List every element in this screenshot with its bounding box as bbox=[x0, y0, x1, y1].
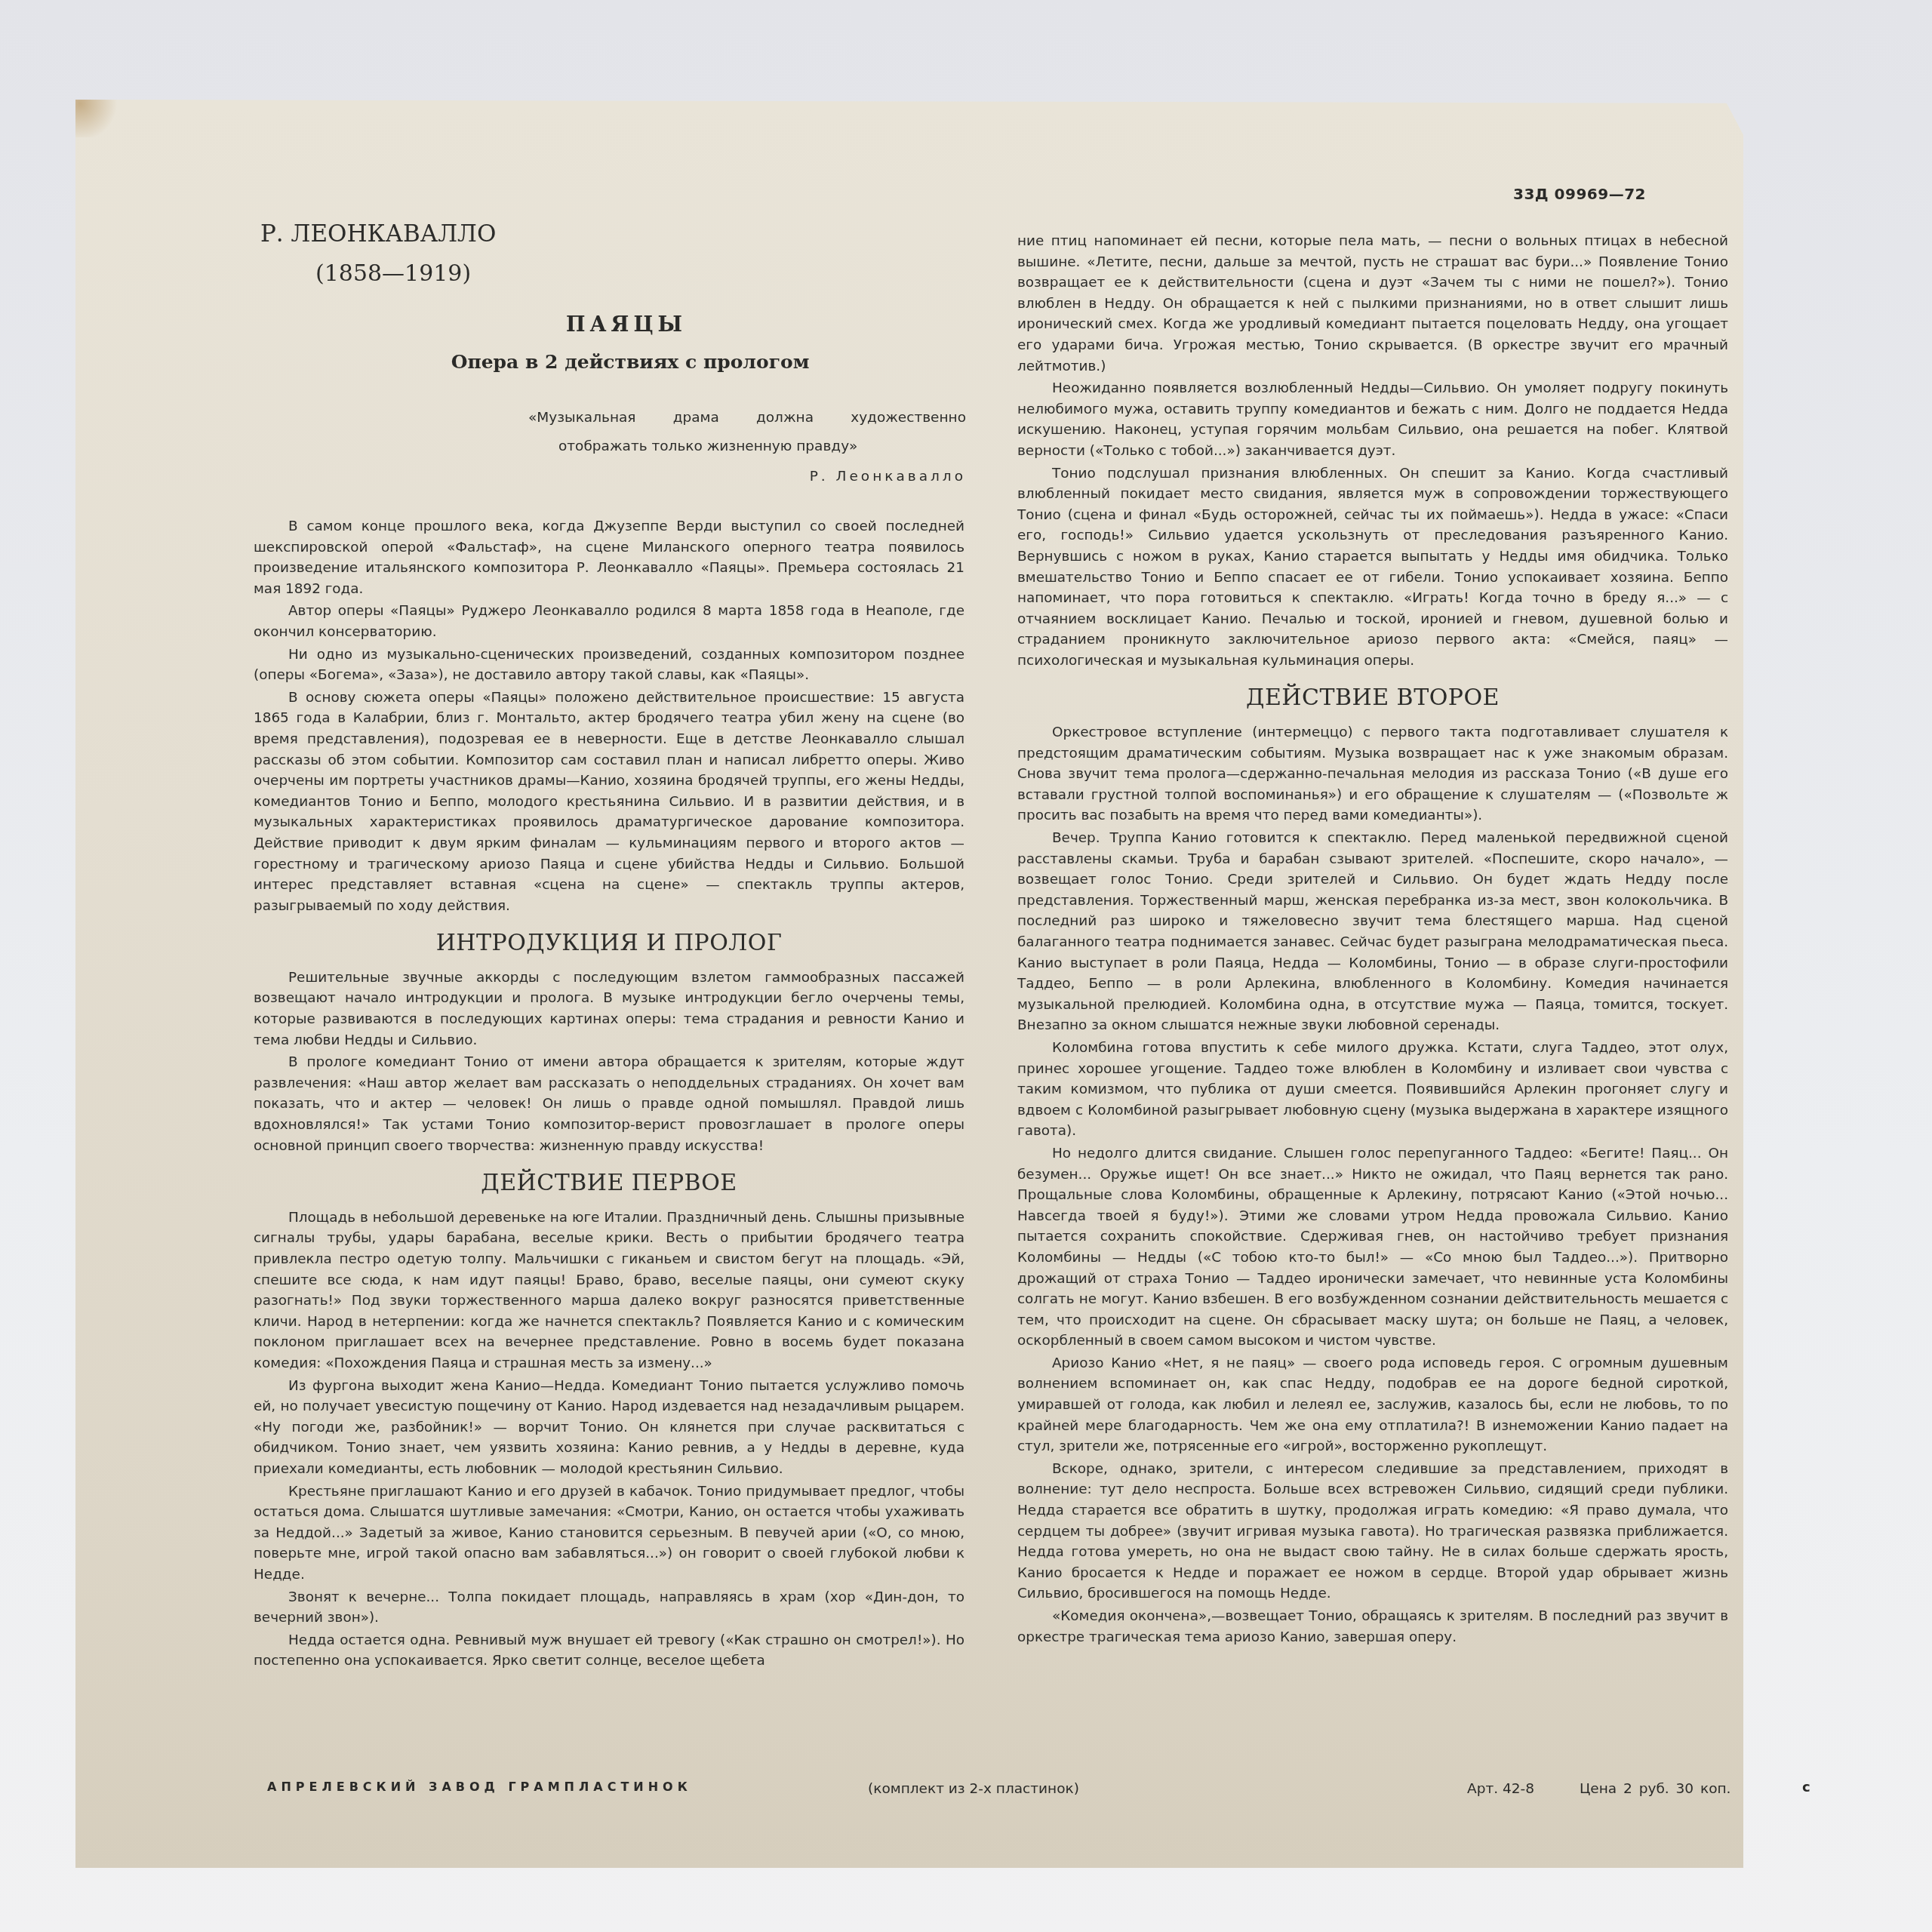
composer-name: Р. ЛЕОНКАВАЛЛО bbox=[260, 220, 496, 248]
act-one-paragraph: Неожиданно появляется возлюбленный Недды… bbox=[1017, 378, 1728, 461]
act-one-paragraph: Тонио подслушал признания влюбленных. Он… bbox=[1017, 463, 1728, 672]
act-two-paragraph: Коломбина готова впустить к себе милого … bbox=[1017, 1038, 1728, 1142]
prologue-heading: ИНТРОДУКЦИЯ И ПРОЛОГ bbox=[254, 933, 964, 954]
epigraph-author: Р. Леонкавалло bbox=[528, 463, 966, 491]
act-two-paragraph: Вскоре, однако, зрители, с интересом сле… bbox=[1017, 1459, 1728, 1604]
standard-mark: с bbox=[1802, 1780, 1810, 1795]
epigraph-line-1: «Музыкальная драма должна художественно bbox=[528, 404, 966, 432]
act-one-paragraph: Из фургона выходит жена Канио—Недда. Ком… bbox=[254, 1376, 964, 1480]
prologue-paragraph: Решительные звучные аккорды с последующи… bbox=[254, 968, 964, 1051]
intro-paragraph: В самом конце прошлого века, когда Джузе… bbox=[254, 516, 964, 599]
set-note: (комплект из 2-х пластинок) bbox=[868, 1781, 1079, 1797]
catalog-number: 33Д 09969—72 bbox=[1513, 185, 1646, 203]
intro-paragraph: Ни одно из музыкально-сценических произв… bbox=[254, 645, 964, 686]
act-two-paragraph: Ариозо Канио «Нет, я не паяц» — своего р… bbox=[1017, 1353, 1728, 1457]
left-column: В самом конце прошлого века, когда Джузе… bbox=[254, 516, 964, 1673]
composer-years: (1858—1919) bbox=[315, 260, 471, 287]
act-one-paragraph: Крестьяне приглашают Канио и его друзей … bbox=[254, 1481, 964, 1586]
prologue-paragraph: В прологе комедиант Тонио от имени автор… bbox=[254, 1052, 964, 1156]
manufacturer-label: АПРЕЛЕВСКИЙ ЗАВОД ГРАМПЛАСТИНОК bbox=[267, 1780, 692, 1794]
act-one-paragraph: Звонят к вечерне... Толпа покидает площа… bbox=[254, 1587, 964, 1629]
act-one-heading: ДЕЙСТВИЕ ПЕРВОЕ bbox=[254, 1173, 964, 1194]
act-two-paragraph: «Комедия окончена»,—возвещает Тонио, обр… bbox=[1017, 1606, 1728, 1647]
act-one-paragraph: Недда остается одна. Ревнивый муж внушае… bbox=[254, 1630, 964, 1672]
epigraph-line-2: отображать только жизненную правду» bbox=[528, 432, 966, 461]
act-one-paragraph: Площадь в небольшой деревеньке на юге Ит… bbox=[254, 1207, 964, 1374]
act-two-heading: ДЕЙСТВИЕ ВТОРОЕ bbox=[1017, 688, 1728, 709]
opera-subtitle: Опера в 2 действиях с прологом bbox=[377, 351, 883, 373]
act-two-paragraph: Вечер. Труппа Канио готовится к спектакл… bbox=[1017, 828, 1728, 1036]
opera-title: ПАЯЦЫ bbox=[483, 313, 770, 337]
right-column: ние птиц напоминает ей песни, которые пе… bbox=[1017, 231, 1728, 1649]
act-two-paragraph: Но недолго длится свидание. Слышен голос… bbox=[1017, 1143, 1728, 1352]
price-label: Цена 2 руб. 30 коп. bbox=[1580, 1781, 1730, 1797]
act-two-paragraph: Оркестровое вступление (интермеццо) с пе… bbox=[1017, 722, 1728, 826]
continued-paragraph: ние птиц напоминает ей песни, которые пе… bbox=[1017, 231, 1728, 377]
intro-paragraph: В основу сюжета оперы «Паяцы» положено д… bbox=[254, 688, 964, 917]
epigraph: «Музыкальная драма должна художественно … bbox=[528, 404, 966, 491]
intro-paragraph: Автор оперы «Паяцы» Руджеро Леонкавалло … bbox=[254, 601, 964, 642]
article-number: Арт. 42-8 bbox=[1467, 1781, 1534, 1797]
